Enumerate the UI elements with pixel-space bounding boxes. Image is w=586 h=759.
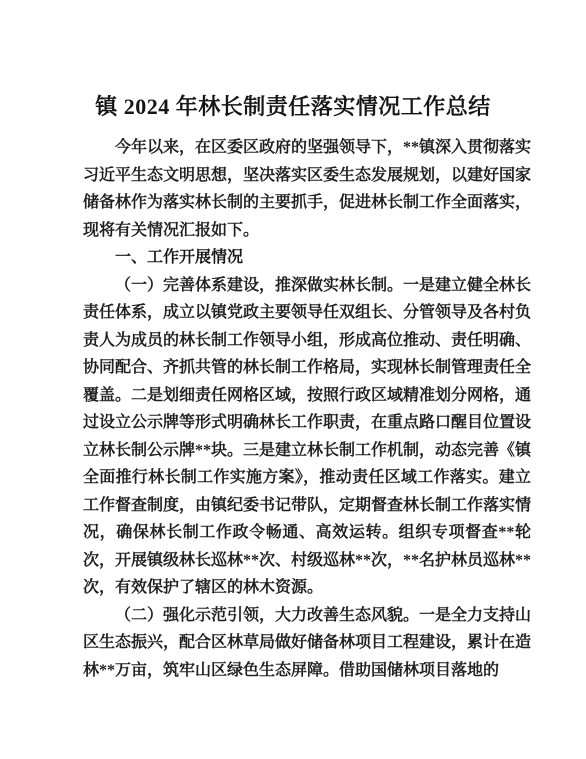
paragraph-intro: 今年以来，在区委区政府的坚强领导下，**镇深入贯彻落实习近平生态文明思想，坚决落…	[83, 134, 531, 244]
document-title: 镇 2024 年林长制责任落实情况工作总结	[0, 92, 586, 122]
section-heading-1: 一、工作开展情况	[83, 244, 531, 272]
paragraph-section-1-item-1: （一）完善体系建设，推深做实林长制。一是建立健全林长责任体系，成立以镇党政主要领…	[83, 272, 531, 602]
document-page: 镇 2024 年林长制责任落实情况工作总结 今年以来，在区委区政府的坚强领导下，…	[0, 0, 586, 759]
paragraph-section-1-item-2: （二）强化示范引领，大力改善生态风貌。一是全力支持山区生态振兴，配合区林草局做好…	[83, 602, 531, 685]
document-body: 今年以来，在区委区政府的坚强领导下，**镇深入贯彻落实习近平生态文明思想，坚决落…	[83, 134, 531, 684]
